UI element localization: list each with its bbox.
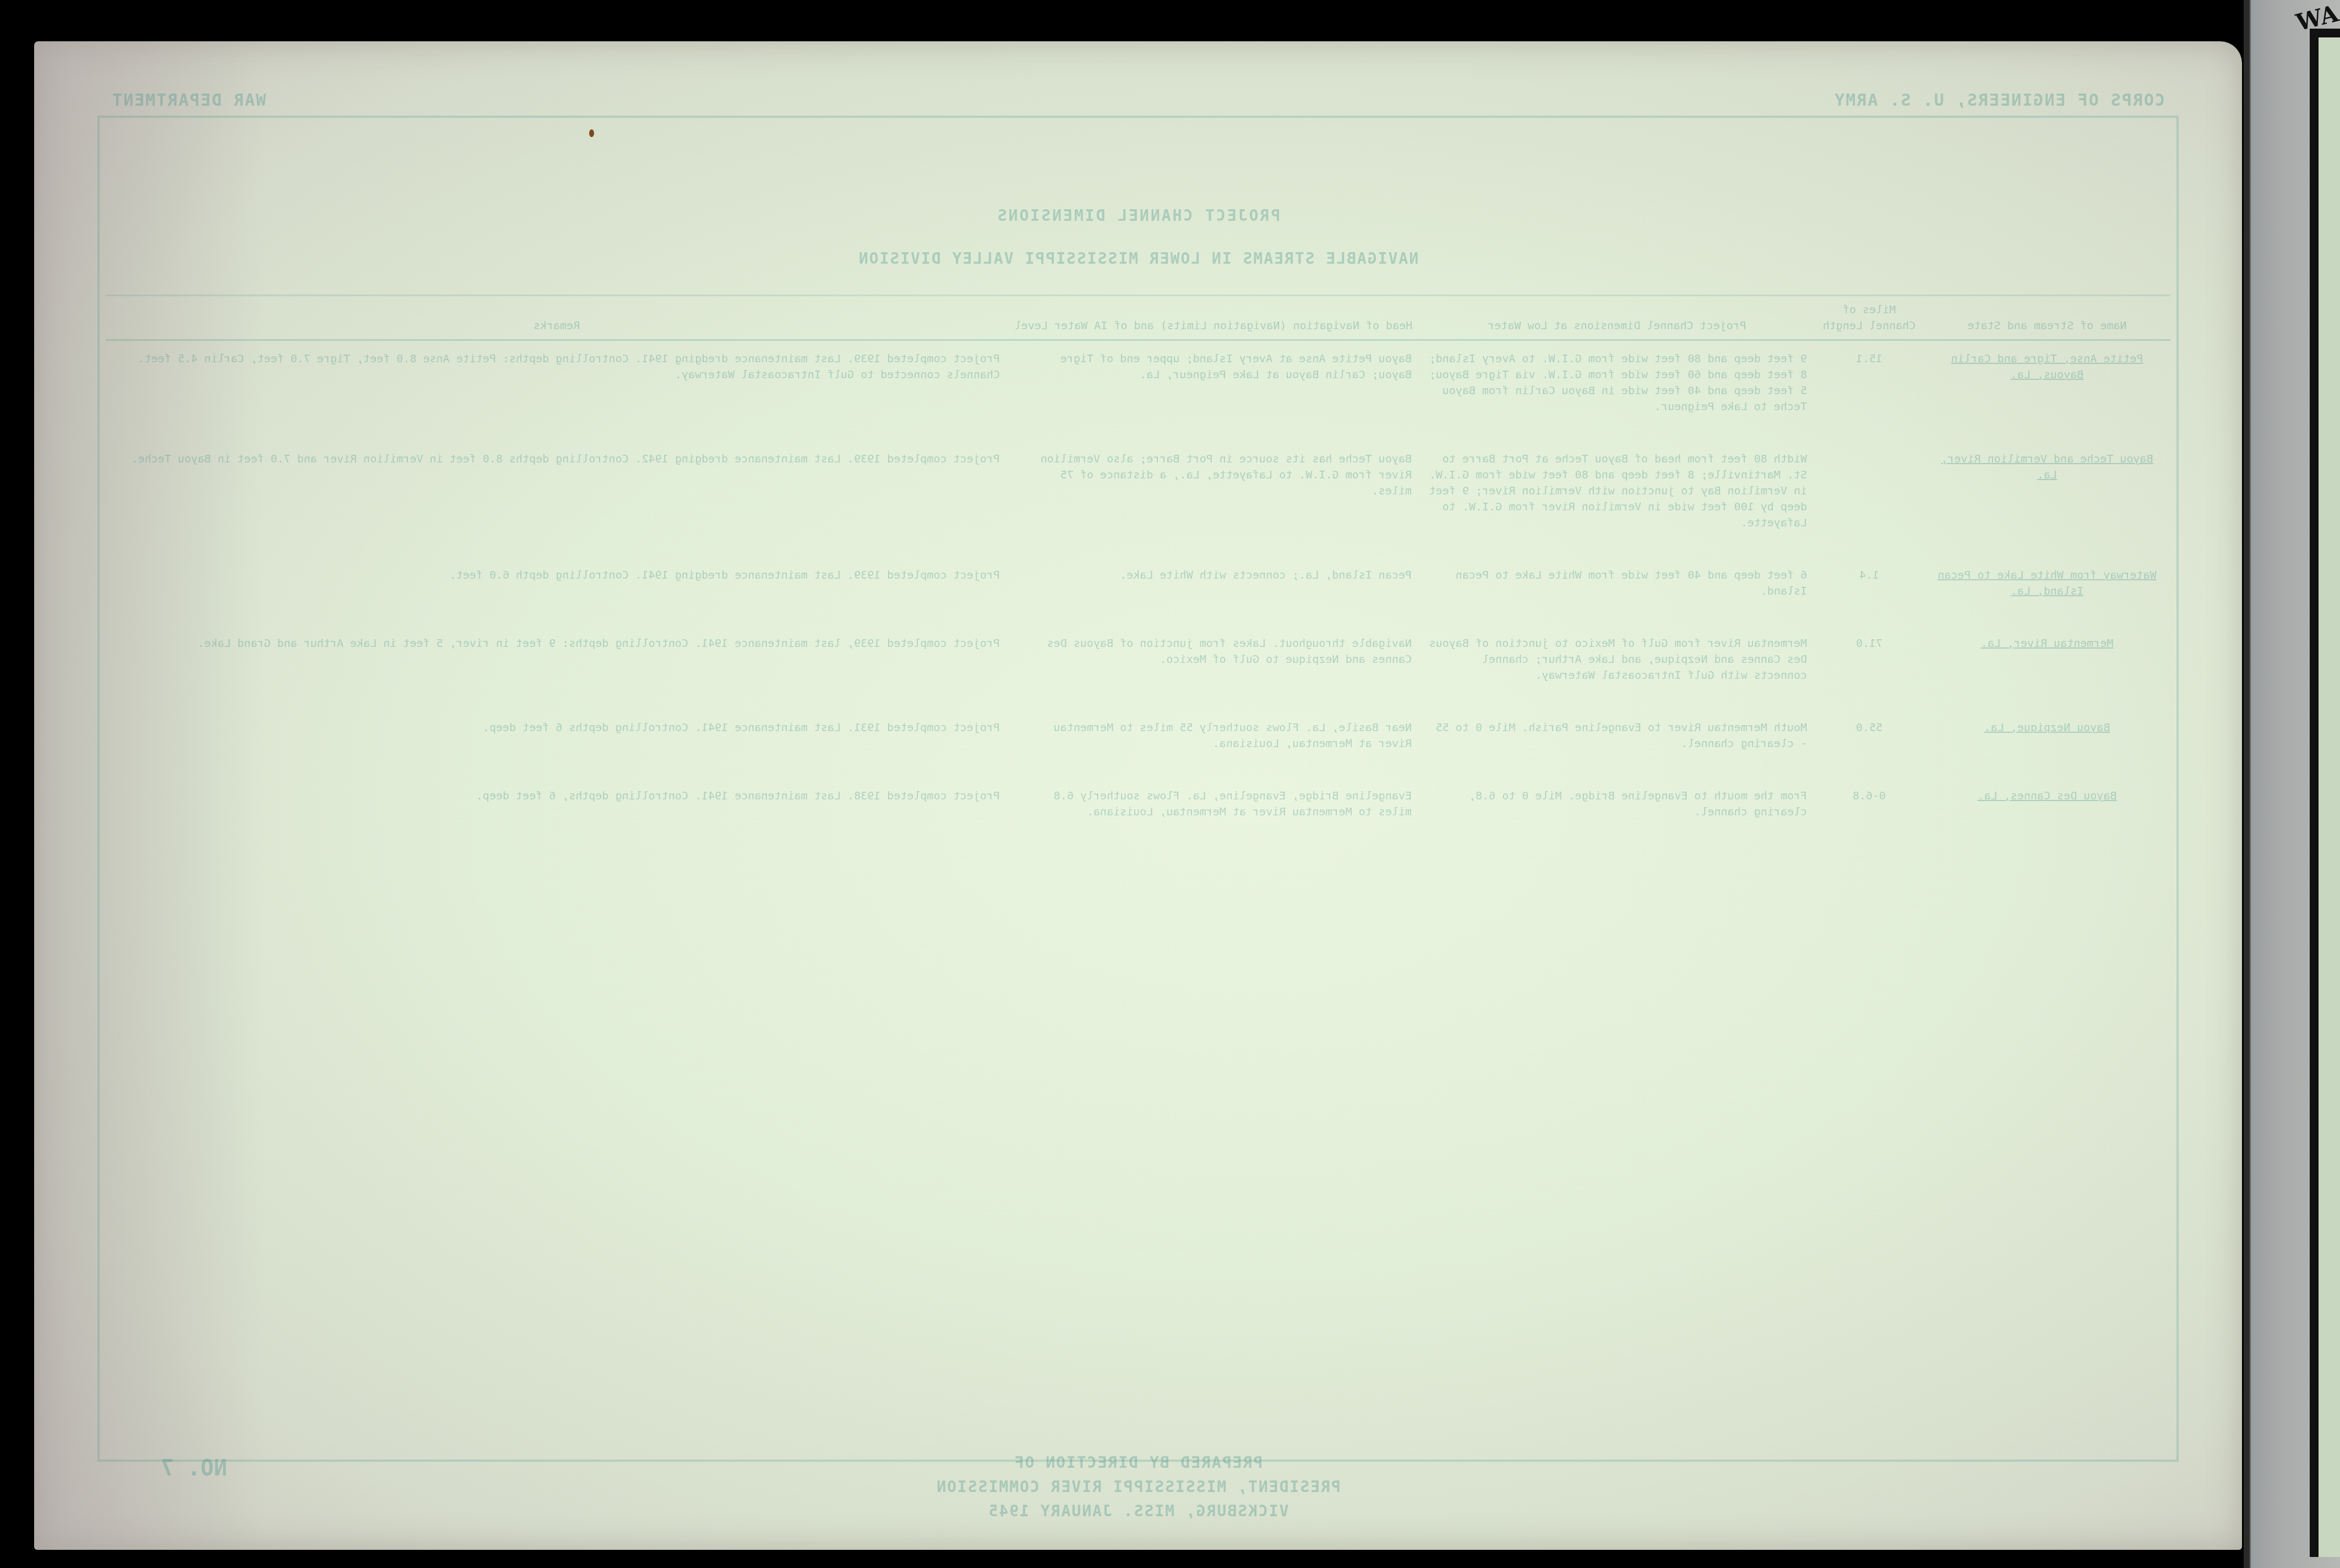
channel-dimensions: Mermentau River from Gulf of Mexico to j… xyxy=(1419,625,1815,710)
footer-line: PREPARED BY DIRECTION OF xyxy=(34,1451,2242,1475)
page-subtitle: NAVIGABLE STREAMS IN LOWER MISSISSIPPI V… xyxy=(34,249,2242,268)
column-header: Miles of Channel Length xyxy=(1815,296,1924,340)
head-of-navigation: Bayou Petite Anse at Avery Island; upper… xyxy=(1008,340,1419,442)
remarks: Project completed 1931. Last maintenance… xyxy=(106,710,1008,778)
head-of-navigation: Navigable throughout. Lakes from junctio… xyxy=(1008,625,1419,710)
head-of-navigation: Bayou Teche has its source in Port Barre… xyxy=(1008,441,1419,557)
column-header: Remarks xyxy=(106,296,1008,340)
mirrored-bleed-through: CORPS OF ENGINEERS, U. S. ARMY WAR DEPAR… xyxy=(34,41,2242,1550)
channel-miles: 1.4 xyxy=(1815,557,1924,625)
channel-dimensions: 9 feet deep and 80 feet wide from G.I.W.… xyxy=(1419,340,1815,442)
footer-line: VICKSBURG, MISS. JANUARY 1945 xyxy=(34,1499,2242,1523)
stream-name: Petite Anse, Tigre and Carlin Bayous, La… xyxy=(1924,340,2170,442)
footer: PREPARED BY DIRECTION OF PRESIDENT, MISS… xyxy=(34,1451,2242,1523)
channel-miles: 71.0 xyxy=(1815,625,1924,710)
head-of-navigation: Evangeline Bridge, Evangeline, La. Flows… xyxy=(1008,778,1419,846)
table-row: Bayou Teche and Vermilion River, La.Widt… xyxy=(106,441,2170,557)
remarks: Project completed 1939, last maintenance… xyxy=(106,625,1008,710)
header-left-label: CORPS OF ENGINEERS, U. S. ARMY xyxy=(1833,91,2165,110)
adjacent-page-frame xyxy=(2310,29,2340,1557)
stream-name: Waterway from White Lake to Pecan Island… xyxy=(1924,557,2170,625)
page-title: PROJECT CHANNEL DIMENSIONS xyxy=(34,206,2242,225)
stream-name: Bayou Des Cannes, La. xyxy=(1924,778,2170,846)
remarks: Project completed 1939. Last maintenance… xyxy=(106,557,1008,625)
channel-miles: 0-6.8 xyxy=(1815,778,1924,846)
channel-miles xyxy=(1815,441,1924,557)
column-header: Head of Navigation (Navigation Limits) a… xyxy=(1008,296,1419,340)
stream-name: Bayou Teche and Vermilion River, La. xyxy=(1924,441,2170,557)
table-row: Mermentau River, La.71.0Mermentau River … xyxy=(106,625,2170,710)
paper-speck xyxy=(589,129,594,137)
channel-dimensions: Mouth Mermentau River to Evangeline Pari… xyxy=(1419,710,1815,778)
document-page: CORPS OF ENGINEERS, U. S. ARMY WAR DEPAR… xyxy=(34,41,2242,1550)
table-row: Bayou Nezpique, La.55.0Mouth Mermentau R… xyxy=(106,710,2170,778)
channel-miles: 15.1 xyxy=(1815,340,1924,442)
table-row: Petite Anse, Tigre and Carlin Bayous, La… xyxy=(106,340,2170,442)
head-of-navigation: Pecan Island, La.; connects with White L… xyxy=(1008,557,1419,625)
channel-dimensions: 6 feet deep and 40 feet wide from White … xyxy=(1419,557,1815,625)
stream-name: Bayou Nezpique, La. xyxy=(1924,710,2170,778)
channel-dimensions: Width 80 feet from head of Bayou Teche a… xyxy=(1419,441,1815,557)
stream-name: Mermentau River, La. xyxy=(1924,625,2170,710)
channel-miles: 55.0 xyxy=(1815,710,1924,778)
column-header: Name of Stream and State xyxy=(1924,296,2170,340)
head-of-navigation: Near Basile, La. Flows southerly 55 mile… xyxy=(1008,710,1419,778)
remarks: Project completed 1939. Last maintenance… xyxy=(106,441,1008,557)
channel-table: Name of Stream and State Miles of Channe… xyxy=(106,295,2170,846)
footer-line: PRESIDENT, MISSISSIPPI RIVER COMMISSION xyxy=(34,1475,2242,1499)
table-header-row: Name of Stream and State Miles of Channe… xyxy=(106,296,2170,340)
adjacent-page-edge: WA xyxy=(2244,0,2340,1568)
plate-number: NO. 7 xyxy=(161,1456,227,1481)
remarks: Project completed 1939. Last maintenance… xyxy=(106,340,1008,442)
header-right-label: WAR DEPARTMENT xyxy=(111,91,266,110)
channel-dimensions: From the mouth to Evangeline Bridge. Mil… xyxy=(1419,778,1815,846)
table-row: Bayou Des Cannes, La.0-6.8From the mouth… xyxy=(106,778,2170,846)
remarks: Project completed 1938. Last maintenance… xyxy=(106,778,1008,846)
column-header: Project Channel Dimensions at Low Water xyxy=(1419,296,1815,340)
table-row: Waterway from White Lake to Pecan Island… xyxy=(106,557,2170,625)
